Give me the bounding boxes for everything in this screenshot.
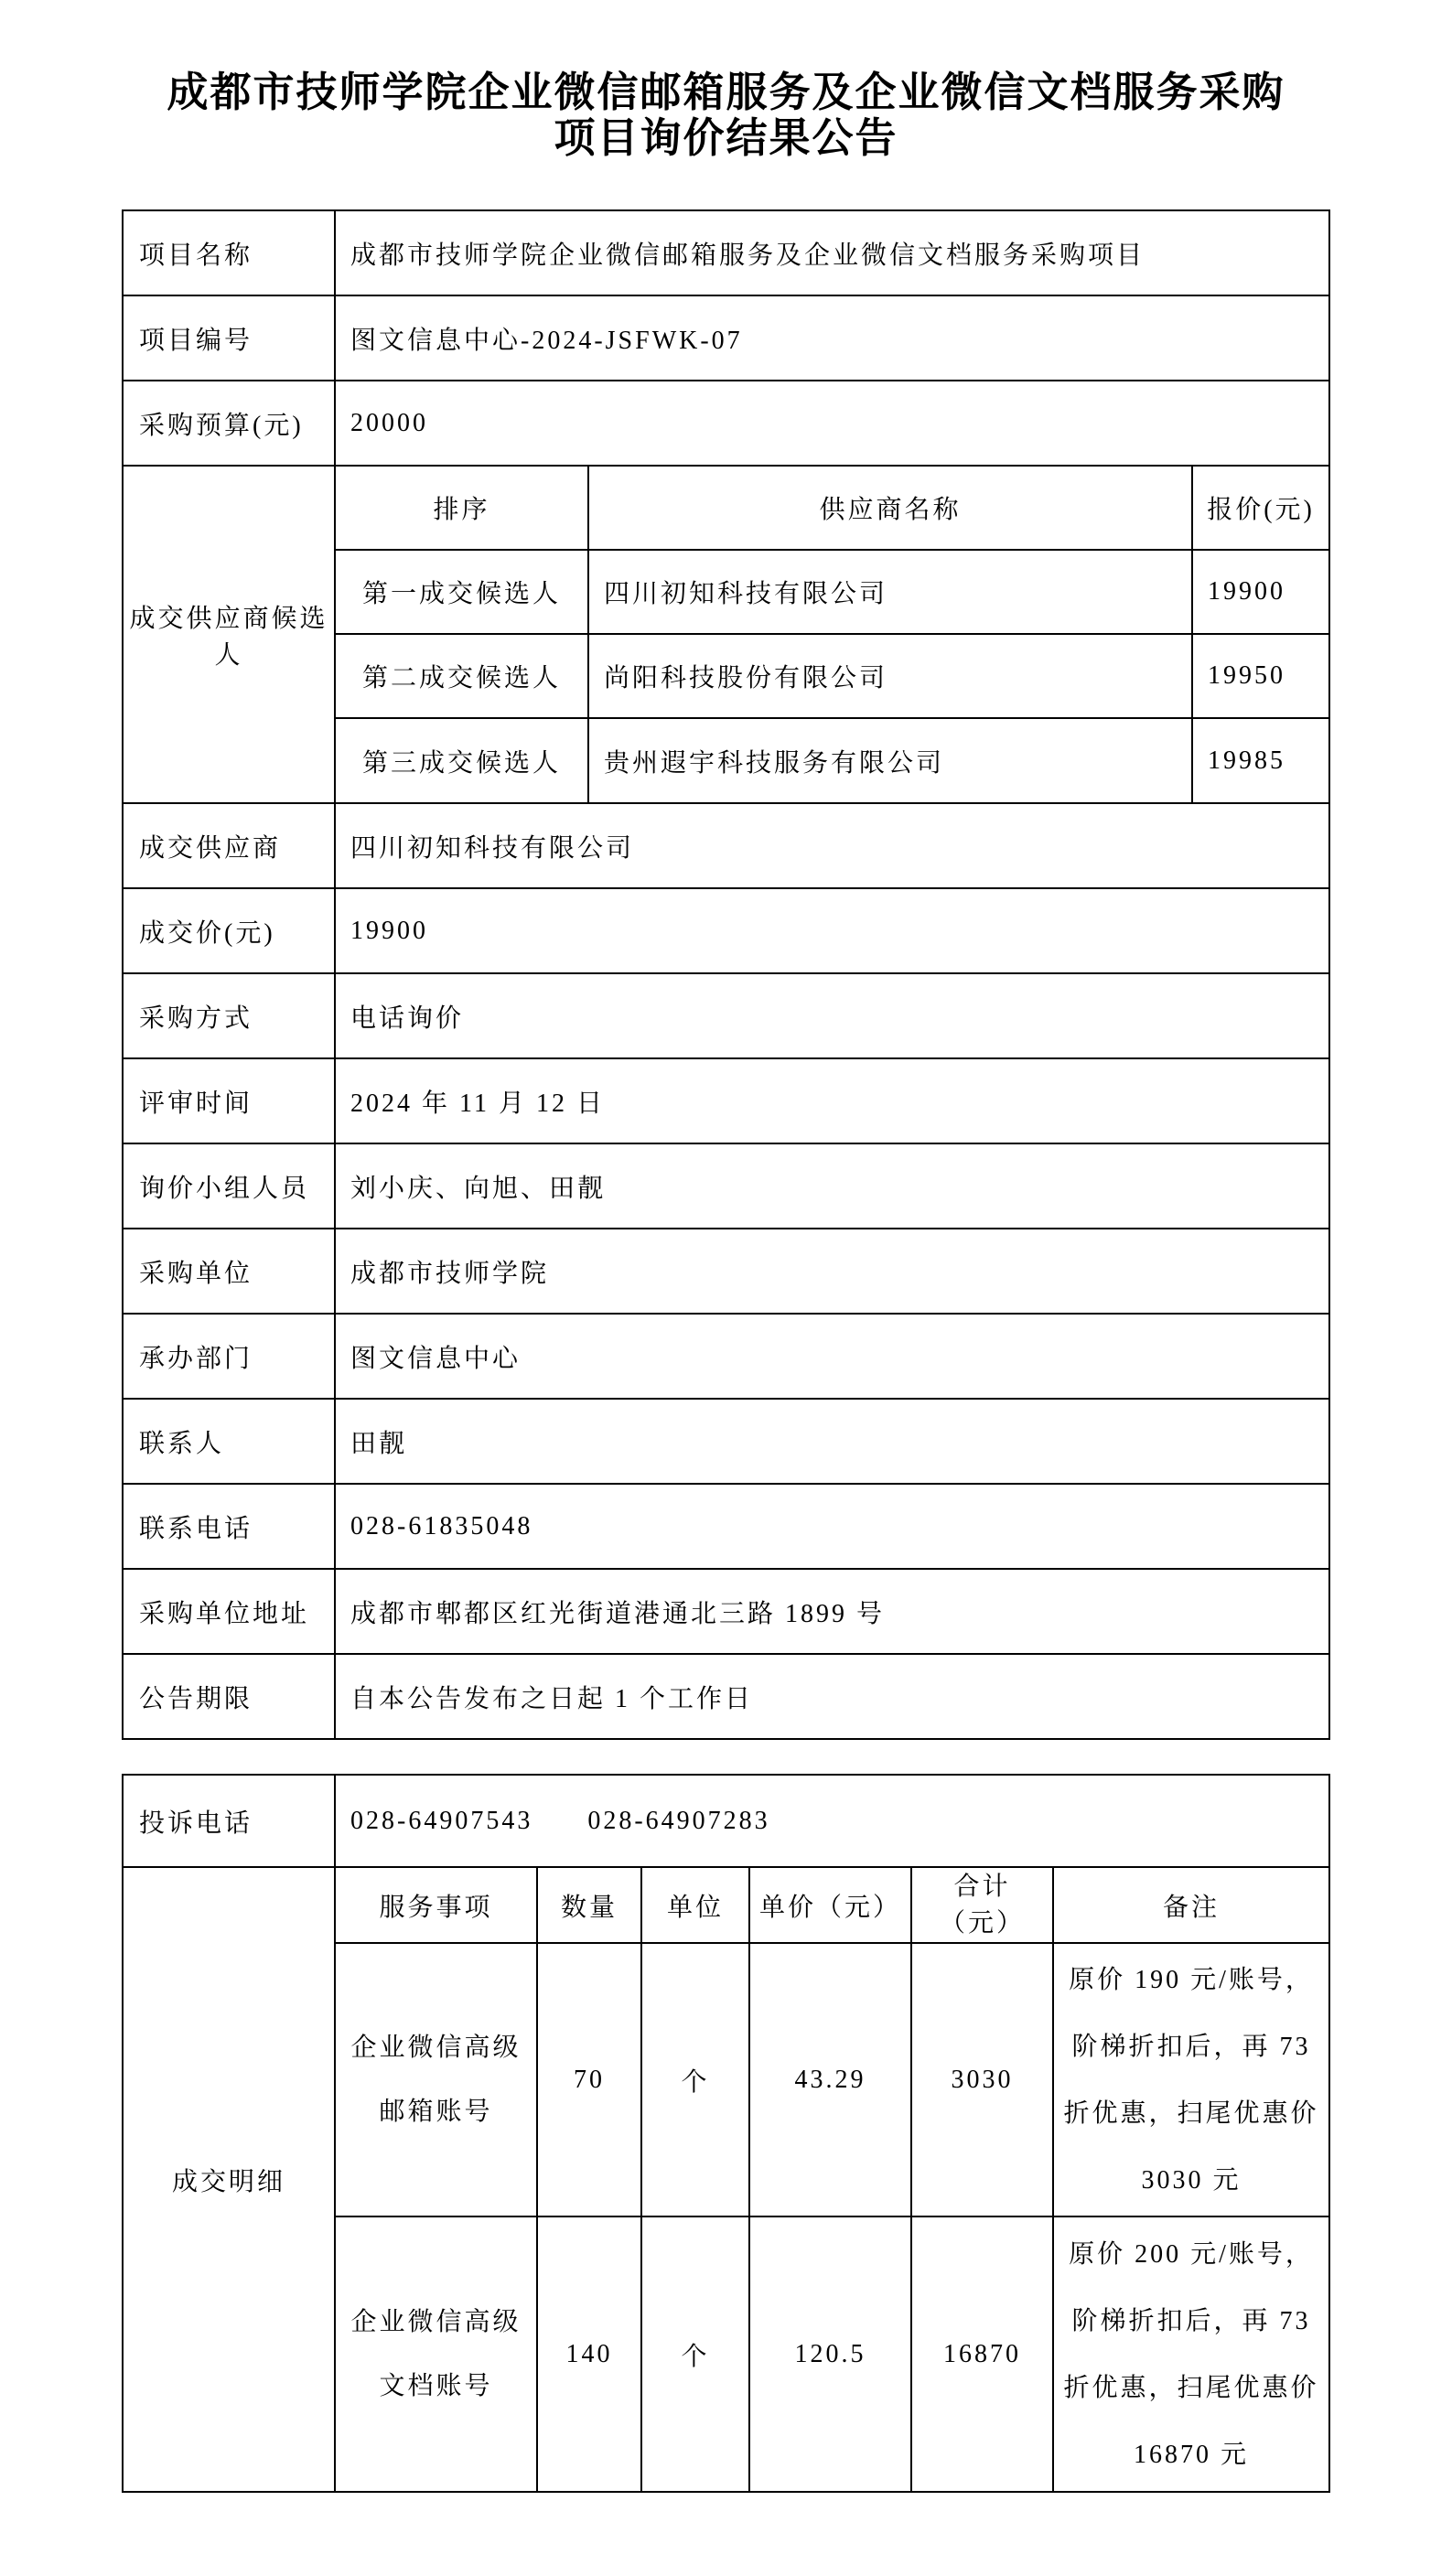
label-cell: 采购单位地址 <box>123 1569 335 1654</box>
candidate-rank-cell: 第三成交候选人 <box>335 718 588 803</box>
table-row-awarded-price: 成交价(元) 19900 <box>123 888 1329 973</box>
note-line: 16870 元 <box>1054 2421 1328 2488</box>
label-cell: 联系电话 <box>123 1484 335 1569</box>
header-unit: 单位 <box>641 1867 749 1943</box>
header-note: 备注 <box>1053 1867 1329 1943</box>
label-cell: 项目编号 <box>123 295 335 381</box>
candidate-rank-cell: 第二成交候选人 <box>335 634 588 718</box>
note-line: 阶梯折扣后，再 73 <box>1054 2288 1328 2355</box>
value-cell: 2024 年 11 月 12 日 <box>335 1058 1329 1143</box>
unit-price-cell: 120.5 <box>749 2216 911 2492</box>
candidate-price-cell: 19950 <box>1192 634 1329 718</box>
table-row-purchasing-unit: 采购单位 成都市技师学院 <box>123 1229 1329 1314</box>
table-row-budget: 采购预算(元) 20000 <box>123 381 1329 466</box>
unit-cell: 个 <box>641 1943 749 2216</box>
complaint-phones-cell: 028-64907543028-64907283 <box>335 1775 1329 1867</box>
candidates-label-cell: 成交供应商候选人 <box>123 466 335 803</box>
complaint-phone-2: 028-64907283 <box>587 1807 769 1835</box>
service-item-cell: 企业微信高级 文档账号 <box>335 2216 537 2492</box>
announcement-page: 成都市技师学院企业微信邮箱服务及企业微信文档服务采购 项目询价结果公告 项目名称… <box>0 0 1452 2576</box>
value-cell: 20000 <box>335 381 1329 466</box>
header-total: 合计 （元） <box>911 1867 1053 1943</box>
value-cell: 图文信息中心-2024-JSFWK-07 <box>335 295 1329 381</box>
note-line: 阶梯折扣后，再 73 <box>1054 2013 1328 2080</box>
value-cell: 四川初知科技有限公司 <box>335 803 1329 888</box>
label-cell: 联系人 <box>123 1399 335 1484</box>
quantity-cell: 70 <box>537 1943 641 2216</box>
page-title-line1: 成都市技师学院企业微信邮箱服务及企业微信文档服务采购 <box>123 70 1329 115</box>
service-item-line1: 企业微信高级 <box>336 2291 536 2355</box>
value-cell: 19900 <box>335 888 1329 973</box>
value-cell: 028-61835048 <box>335 1484 1329 1569</box>
note-line: 折优惠，扫尾优惠价 <box>1054 2355 1328 2421</box>
header-total-line1: 合计 <box>912 1869 1052 1905</box>
candidate-rank-header: 排序 <box>335 466 588 550</box>
quantity-cell: 140 <box>537 2216 641 2492</box>
label-cell: 投诉电话 <box>123 1775 335 1867</box>
info-table: 项目名称 成都市技师学院企业微信邮箱服务及企业微信文档服务采购项目 项目编号 图… <box>122 209 1330 1740</box>
label-cell: 公告期限 <box>123 1654 335 1739</box>
label-cell: 评审时间 <box>123 1058 335 1143</box>
note-line: 原价 190 元/账号， <box>1054 1947 1328 2013</box>
candidate-supplier-cell: 尚阳科技股份有限公司 <box>588 634 1192 718</box>
header-unit-price: 单价（元） <box>749 1867 911 1943</box>
note-line: 3030 元 <box>1054 2147 1328 2214</box>
table-row-announcement-period: 公告期限 自本公告发布之日起 1 个工作日 <box>123 1654 1329 1739</box>
header-service-item: 服务事项 <box>335 1867 537 1943</box>
label-cell: 询价小组人员 <box>123 1143 335 1229</box>
header-quantity: 数量 <box>537 1867 641 1943</box>
candidate-price-cell: 19985 <box>1192 718 1329 803</box>
candidate-header-row: 成交供应商候选人 排序 供应商名称 报价(元) <box>123 466 1329 550</box>
value-cell: 成都市技师学院 <box>335 1229 1329 1314</box>
candidate-supplier-cell: 四川初知科技有限公司 <box>588 550 1192 634</box>
service-item-line1: 企业微信高级 <box>336 2016 536 2080</box>
service-item-line2: 邮箱账号 <box>336 2080 536 2144</box>
value-cell: 刘小庆、向旭、田靓 <box>335 1143 1329 1229</box>
complaint-phone-row: 投诉电话 028-64907543028-64907283 <box>123 1775 1329 1867</box>
note-line: 折优惠，扫尾优惠价 <box>1054 2080 1328 2147</box>
service-item-cell: 企业微信高级 邮箱账号 <box>335 1943 537 2216</box>
note-line: 原价 200 元/账号， <box>1054 2221 1328 2288</box>
table-row-procurement-method: 采购方式 电话询价 <box>123 973 1329 1058</box>
detail-header-row: 成交明细 服务事项 数量 单位 单价（元） 合计 （元） 备注 <box>123 1867 1329 1943</box>
value-cell: 成都市技师学院企业微信邮箱服务及企业微信文档服务采购项目 <box>335 210 1329 295</box>
label-cell: 承办部门 <box>123 1314 335 1399</box>
candidate-price-header: 报价(元) <box>1192 466 1329 550</box>
page-title: 成都市技师学院企业微信邮箱服务及企业微信文档服务采购 项目询价结果公告 <box>123 70 1329 161</box>
value-cell: 成都市郫都区红光街道港通北三路 1899 号 <box>335 1569 1329 1654</box>
value-cell: 田靓 <box>335 1399 1329 1484</box>
page-title-line2: 项目询价结果公告 <box>123 115 1329 161</box>
value-cell: 自本公告发布之日起 1 个工作日 <box>335 1654 1329 1739</box>
complaint-phone-1: 028-64907543 <box>350 1807 532 1835</box>
table-row-project-number: 项目编号 图文信息中心-2024-JSFWK-07 <box>123 295 1329 381</box>
note-cell: 原价 200 元/账号， 阶梯折扣后，再 73 折优惠，扫尾优惠价 16870 … <box>1053 2216 1329 2492</box>
candidate-price-cell: 19900 <box>1192 550 1329 634</box>
table-row-handling-department: 承办部门 图文信息中心 <box>123 1314 1329 1399</box>
total-cell: 3030 <box>911 1943 1053 2216</box>
service-item-line2: 文档账号 <box>336 2355 536 2419</box>
label-cell: 项目名称 <box>123 210 335 295</box>
note-cell: 原价 190 元/账号， 阶梯折扣后，再 73 折优惠，扫尾优惠价 3030 元 <box>1053 1943 1329 2216</box>
table-row-review-time: 评审时间 2024 年 11 月 12 日 <box>123 1058 1329 1143</box>
label-cell: 采购预算(元) <box>123 381 335 466</box>
candidate-supplier-cell: 贵州遐宇科技服务有限公司 <box>588 718 1192 803</box>
unit-price-cell: 43.29 <box>749 1943 911 2216</box>
label-cell: 采购单位 <box>123 1229 335 1314</box>
value-cell: 电话询价 <box>335 973 1329 1058</box>
label-cell: 成交价(元) <box>123 888 335 973</box>
table-row-contact-person: 联系人 田靓 <box>123 1399 1329 1484</box>
header-total-line2: （元） <box>912 1905 1052 1942</box>
value-cell: 图文信息中心 <box>335 1314 1329 1399</box>
table-row-project-name: 项目名称 成都市技师学院企业微信邮箱服务及企业微信文档服务采购项目 <box>123 210 1329 295</box>
table-row-contact-phone: 联系电话 028-61835048 <box>123 1484 1329 1569</box>
total-cell: 16870 <box>911 2216 1053 2492</box>
label-cell: 成交供应商 <box>123 803 335 888</box>
table-row-awarded-supplier: 成交供应商 四川初知科技有限公司 <box>123 803 1329 888</box>
table-row-inquiry-team: 询价小组人员 刘小庆、向旭、田靓 <box>123 1143 1329 1229</box>
table-row-unit-address: 采购单位地址 成都市郫都区红光街道港通北三路 1899 号 <box>123 1569 1329 1654</box>
detail-table: 投诉电话 028-64907543028-64907283 成交明细 服务事项 … <box>122 1774 1330 2493</box>
unit-cell: 个 <box>641 2216 749 2492</box>
candidate-supplier-header: 供应商名称 <box>588 466 1192 550</box>
candidate-rank-cell: 第一成交候选人 <box>335 550 588 634</box>
label-cell: 采购方式 <box>123 973 335 1058</box>
detail-label-cell: 成交明细 <box>123 1867 335 2492</box>
